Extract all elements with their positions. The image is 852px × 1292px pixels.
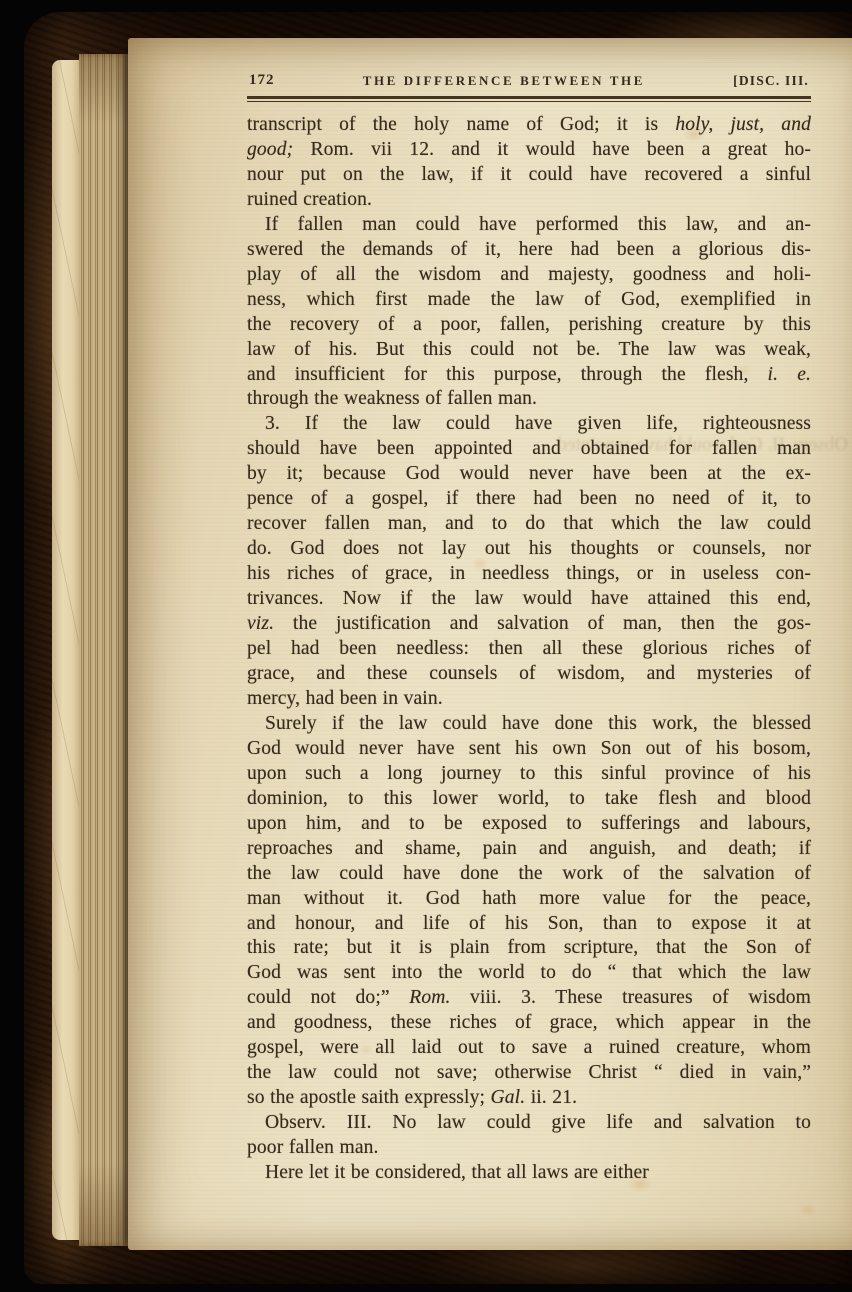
- text-line: could not do;” Rom. viii. 3. These treas…: [247, 986, 811, 1011]
- text-line: pence of a gospel, if there had been no …: [247, 487, 811, 512]
- paragraph: Surely if the law could have done this w…: [247, 712, 811, 1111]
- top-leaves-edge: [52, 60, 79, 1240]
- paragraph: transcript of the holy name of God; it i…: [247, 113, 811, 213]
- text-line: the law could not save; otherwise Christ…: [247, 1061, 811, 1086]
- text-line: transcript of the holy name of God; it i…: [247, 113, 811, 138]
- text-line: ness, which first made the law of God, e…: [247, 288, 811, 313]
- text-line: Surely if the law could have done this w…: [247, 712, 811, 737]
- text-line: good; Rom. vii 12. and it would have bee…: [247, 138, 811, 163]
- text-line: poor fallen man.: [247, 1136, 811, 1161]
- page-header: 172 THE DIFFERENCE BETWEEN THE [DISC. II…: [247, 72, 811, 89]
- text-line: man without it. God hath more value for …: [247, 887, 811, 912]
- text-line: reproaches and shame, pain and anguish, …: [247, 837, 811, 862]
- book-page: Observ. II. God would have appointed 172…: [128, 38, 852, 1250]
- text-line: nour put on the law, if it could have re…: [247, 163, 811, 188]
- text-line: his riches of grace, in needless things,…: [247, 562, 811, 587]
- body-text: transcript of the holy name of God; it i…: [247, 113, 811, 1186]
- text-line: law of his. But this could not be. The l…: [247, 338, 811, 363]
- text-line: and insufficient for this purpose, throu…: [247, 363, 811, 388]
- text-line: and honour, and life of his Son, than to…: [247, 912, 811, 937]
- text-line: mercy, had been in vain.: [247, 687, 811, 712]
- text-line: through the weakness of fallen man.: [247, 387, 811, 412]
- text-block: 172 THE DIFFERENCE BETWEEN THE [DISC. II…: [247, 72, 811, 1186]
- page-number: 172: [249, 72, 275, 89]
- text-line: 3. If the law could have given life, rig…: [247, 412, 811, 437]
- text-line: gospel, were all laid out to save a ruin…: [247, 1036, 811, 1061]
- running-title: THE DIFFERENCE BETWEEN THE: [363, 73, 645, 89]
- text-line: so the apostle saith expressly; Gal. ii.…: [247, 1086, 811, 1111]
- text-line: play of all the wisdom and majesty, good…: [247, 263, 811, 288]
- text-line: the law could have done the work of the …: [247, 862, 811, 887]
- text-line: this rate; but it is plain from scriptur…: [247, 936, 811, 961]
- text-line: Here let it be considered, that all laws…: [247, 1161, 811, 1186]
- double-rule: [247, 96, 811, 102]
- text-line: grace, and these counsels of wisdom, and…: [247, 662, 811, 687]
- text-line: viz. the justification and salvation of …: [247, 612, 811, 637]
- text-line: by it; because God would never have been…: [247, 462, 811, 487]
- text-line: Observ. III. No law could give life and …: [247, 1111, 811, 1136]
- text-line: and goodness, these riches of grace, whi…: [247, 1011, 811, 1036]
- text-line: recover fallen man, and to do that which…: [247, 512, 811, 537]
- text-line: do. God does not lay out his thoughts or…: [247, 537, 811, 562]
- text-line: ruined creation.: [247, 188, 811, 213]
- paragraph: Observ. III. No law could give life and …: [247, 1111, 811, 1161]
- text-line: upon him, and to be exposed to suffering…: [247, 812, 811, 837]
- text-line: the recovery of a poor, fallen, perishin…: [247, 313, 811, 338]
- text-line: upon such a long journey to this sinful …: [247, 762, 811, 787]
- text-line: God was sent into the world to do “ that…: [247, 961, 811, 986]
- text-line: If fallen man could have performed this …: [247, 213, 811, 238]
- page-stack-fore-edge: [79, 54, 129, 1246]
- text-line: dominion, to this lower world, to take f…: [247, 787, 811, 812]
- text-line: God would never have sent his own Son ou…: [247, 737, 811, 762]
- text-line: should have been appointed and obtained …: [247, 437, 811, 462]
- discourse-label: [DISC. III.: [733, 73, 809, 89]
- text-line: trivances. Now if the law would have att…: [247, 587, 811, 612]
- paragraph: If fallen man could have performed this …: [247, 213, 811, 413]
- paragraph: Here let it be considered, that all laws…: [247, 1161, 811, 1186]
- photo-backdrop: Observ. II. God would have appointed 172…: [0, 0, 852, 1292]
- text-line: pel had been needless: then all these gl…: [247, 637, 811, 662]
- text-line: swered the demands of it, here had been …: [247, 238, 811, 263]
- paragraph: 3. If the law could have given life, rig…: [247, 412, 811, 711]
